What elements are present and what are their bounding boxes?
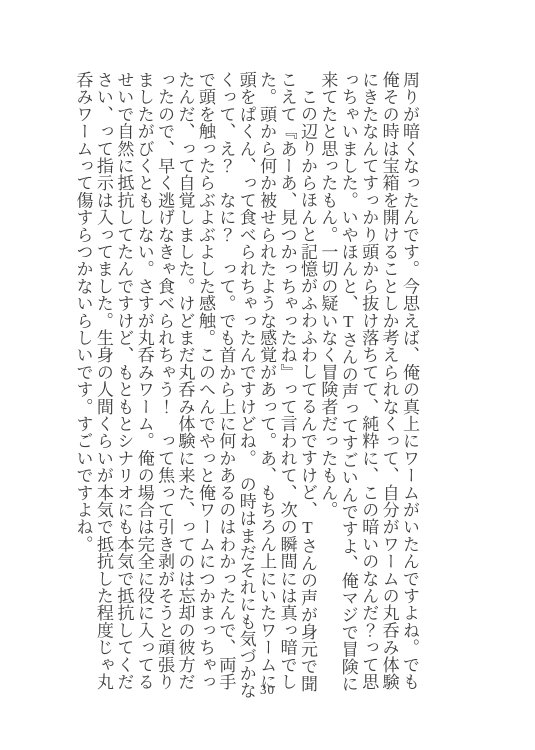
page-number: 30 bbox=[0, 682, 535, 698]
document-page: 周りが暗くなったんです。今思えば、俺の真上にワームがいたんですよね。でも俺その時… bbox=[0, 0, 535, 750]
body-text: 周りが暗くなったんです。今思えば、俺の真上にワームがいたんですよね。でも俺その時… bbox=[71, 71, 419, 705]
paragraph-1: 周りが暗くなったんです。今思えば、俺の真上にワームがいたんですよね。でも俺その時… bbox=[317, 71, 419, 705]
paragraph-2: この辺りからほんと記憶がふわふわしてるんですけど、Tさんの声が身元で聞こえて『あ… bbox=[72, 71, 317, 705]
